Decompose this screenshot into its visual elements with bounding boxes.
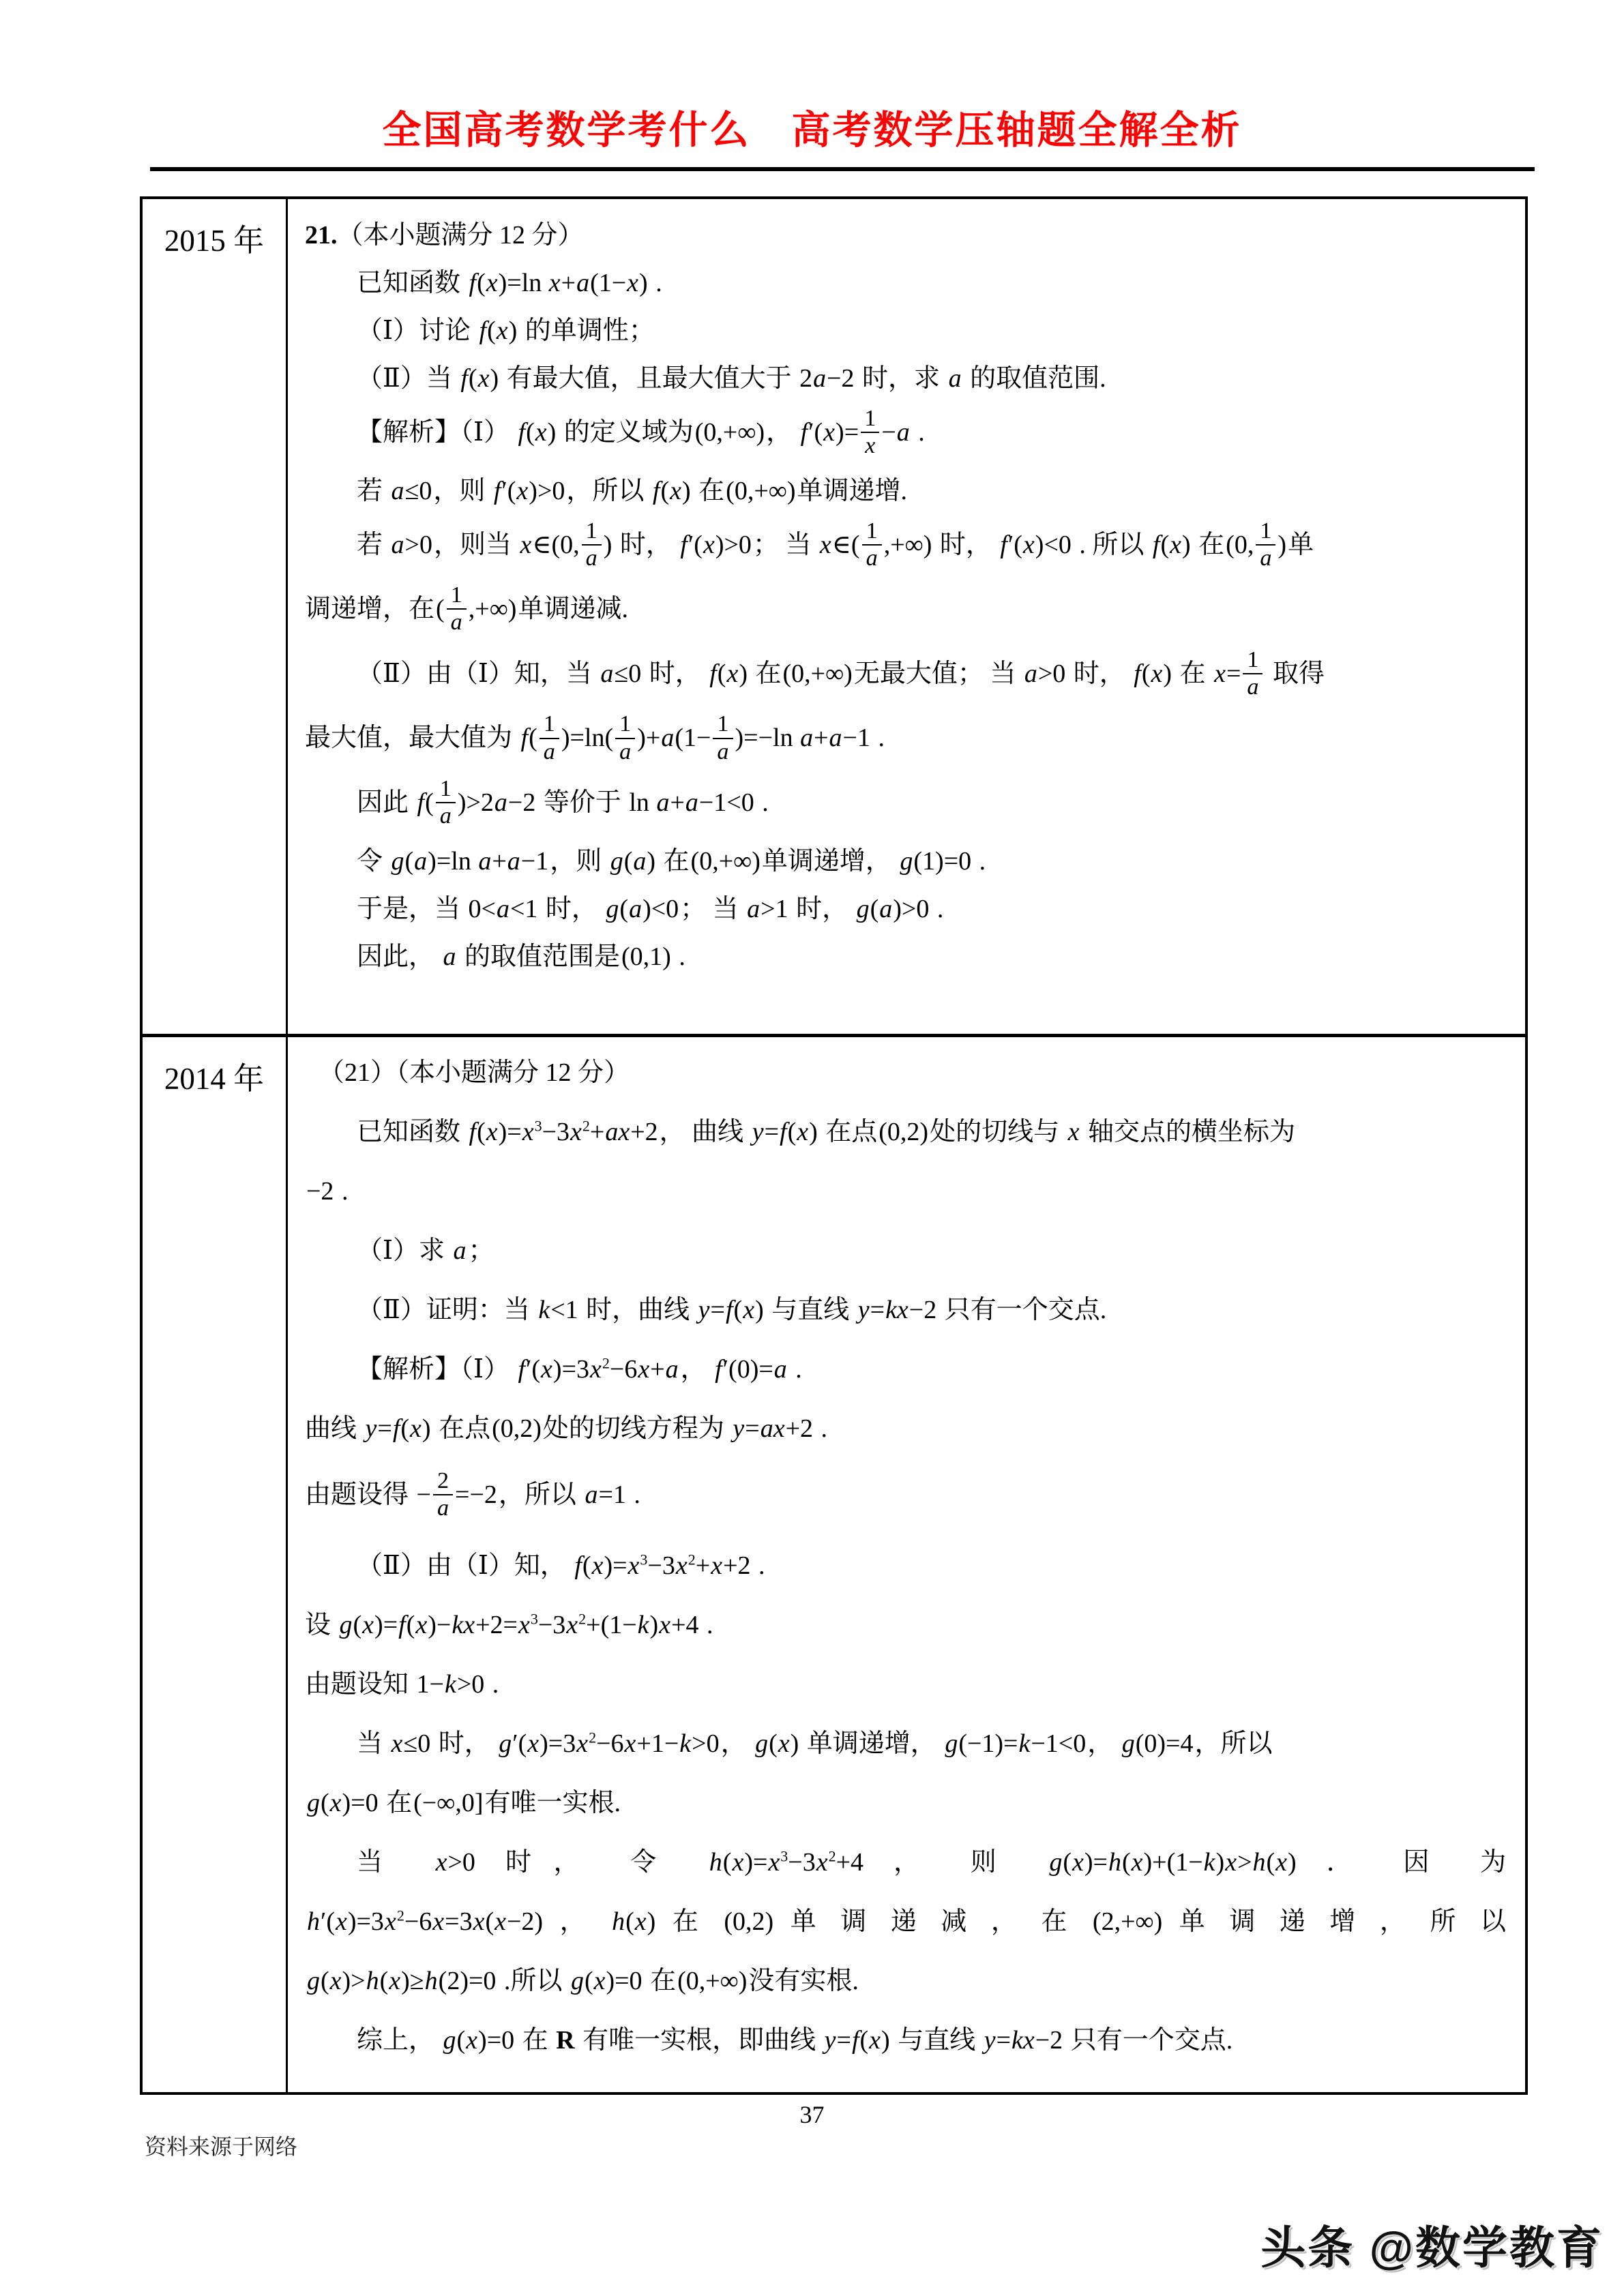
text-line: （Ⅱ）当 f(x) 有最大值，且最大值大于 2a−2 时，求 a 的取值范围. [305, 360, 1506, 397]
math-expression: x∈(1a,+∞) [818, 531, 933, 559]
math-expression: f′(x)=1x−a [799, 418, 912, 447]
math-expression: f(x) [477, 316, 519, 345]
math-expression: y=f(x) [696, 1296, 765, 1324]
math-expression: (1a,+∞) [434, 595, 518, 623]
math-expression: g(x)=0 [441, 2026, 516, 2055]
source-note: 资料来源于网络 [145, 2134, 1624, 2160]
math-expression: f(x) [516, 418, 558, 447]
text-line: （Ⅱ）由（Ⅰ）知，当 a≤0 时， f(x) 在(0,+∞)无最大值； 当 a>… [305, 649, 1506, 703]
math-expression: a [441, 942, 458, 971]
math-expression: a>0 [1022, 659, 1067, 688]
math-expression: f′(x)<0 [998, 531, 1073, 559]
math-expression: g(−1)=k−1<0 [943, 1729, 1087, 1758]
text-line: 若 a>0，则当 x∈(0,1a) 时， f′(x)>0； 当 x∈(1a,+∞… [305, 520, 1506, 574]
math-expression: a [947, 364, 964, 393]
math-expression: g(x)>h(x)≥h(2)=0 [305, 1967, 497, 1995]
fraction: 1a [1256, 518, 1275, 572]
fraction: 1a [540, 711, 559, 765]
page: 全国高考数学考什么 高考数学压轴题全解全析 2015 年21.（本小题满分 12… [0, 108, 1624, 2160]
text-line: 由题设得 −2a=−2，所以 a=1 . [305, 1470, 1506, 1524]
math-expression: y=f(x) [750, 1118, 819, 1146]
exam-table: 2015 年21.（本小题满分 12 分）已知函数 f(x)=ln x+a(1−… [140, 196, 1528, 2095]
math-expression: f(1a)>2a−2 [415, 788, 537, 817]
math-expression: (0,+∞) [781, 659, 853, 688]
fraction: 1a [582, 518, 602, 572]
page-number: 37 [0, 2100, 1624, 2130]
math-expression: g(1)=0 [898, 847, 973, 876]
year-cell: 2014 年 [143, 1037, 288, 2092]
math-expression: f(1a)=ln(1a)+a(1−1a)=−ln a+a−1 [519, 724, 872, 752]
math-expression: g(x)=h(x)+(1−k)x>h(x) [1047, 1848, 1297, 1877]
math-expression: 1−k>0 [415, 1670, 486, 1699]
text-line: −2 . [305, 1174, 1506, 1209]
math-expression: f(x) [458, 364, 500, 393]
math-expression: (0,+∞) [690, 847, 762, 876]
math-expression: g(a) [608, 847, 657, 876]
math-expression: y=kx−2 [856, 1296, 938, 1324]
math-expression: f(x)=x3−3x2+ax+2 [467, 1118, 660, 1146]
watermark: 头条 @数学教育 [1260, 2211, 1604, 2276]
math-expression: g(x) [753, 1729, 800, 1758]
text-line: g(x)=0 在(−∞,0]有唯一实根. [305, 1785, 1506, 1821]
math-expression: x [1066, 1118, 1082, 1146]
math-expression: g(a)=ln a+a−1 [389, 847, 550, 876]
text-line: （Ⅰ）求 a； [305, 1233, 1506, 1268]
math-expression: x=1a [1212, 659, 1266, 688]
text-line: 调递增，在(1a,+∞)单调递减. [305, 584, 1506, 638]
math-expression: y=kx−2 [982, 2026, 1064, 2055]
math-expression: f(x) [651, 477, 692, 505]
math-expression: (0,+∞) [694, 418, 766, 447]
fraction: 1a [615, 711, 635, 765]
fraction: 1a [862, 518, 882, 572]
content-cell: 21.（本小题满分 12 分）已知函数 f(x)=ln x+a(1−x) .（Ⅰ… [288, 199, 1525, 1034]
math-expression: x>0 [434, 1848, 477, 1877]
math-expression: a=1 [582, 1480, 627, 1509]
math-expression: a [452, 1236, 469, 1265]
math-expression: (0,2) [490, 1414, 543, 1443]
math-expression: x∈(0,1a) [518, 531, 613, 559]
fraction: 1x [861, 406, 879, 460]
math-expression: f′(0)=a [713, 1355, 789, 1384]
math-expression: f′(x)>0 [492, 477, 567, 505]
math-expression: (0,+∞) [676, 1967, 748, 1995]
text-line: h′(x)=3x2−6x=3x(x−2) ， h(x) 在 (0,2) 单 调 … [305, 1904, 1506, 1939]
math-expression: f(x) [707, 659, 749, 688]
text-line: （Ⅰ）讨论 f(x) 的单调性； [305, 312, 1506, 349]
text-line: （21）（本小题满分 12 分） [305, 1055, 1506, 1090]
math-expression: g(x)=f(x)−kx+2=x3−3x2+(1−k)x+4 [338, 1611, 700, 1639]
math-expression: k<1 [536, 1296, 579, 1324]
math-expression: g(0)=4 [1120, 1729, 1195, 1758]
text-line: 设 g(x)=f(x)−kx+2=x3−3x2+(1−k)x+4 . [305, 1607, 1506, 1643]
table-row-2014: 2014 年（21）（本小题满分 12 分）已知函数 f(x)=x3−3x2+a… [143, 1034, 1525, 2092]
math-expression: a≤0 [598, 659, 643, 688]
math-expression: a>0 [389, 531, 434, 559]
content-cell: （21）（本小题满分 12 分）已知函数 f(x)=x3−3x2+ax+2， 曲… [288, 1037, 1525, 2092]
math-expression: x≤0 [389, 1729, 432, 1758]
math-expression: f′(x)=3x2−6x+a [516, 1355, 681, 1384]
text-line: 当 x≤0 时， g′(x)=3x2−6x+1−k>0， g(x) 单调递增， … [305, 1726, 1506, 1761]
math-expression: g′(x)=3x2−6x+1−k>0 [497, 1729, 720, 1758]
math-expression: f′(x)>0 [678, 531, 753, 559]
math-expression: ln a+a−1<0 [628, 788, 755, 817]
text-line: 综上， g(x)=0 在 R 有唯一实根，即曲线 y=f(x) 与直线 y=kx… [305, 2023, 1506, 2058]
math-expression: f(x) [1151, 531, 1192, 559]
fraction: 1a [1243, 647, 1263, 701]
text-line: 【解析】（Ⅰ） f′(x)=3x2−6x+a， f′(0)=a . [305, 1352, 1506, 1387]
math-expression: g(a)<0 [604, 895, 680, 923]
text-line: 已知函数 f(x)=x3−3x2+ax+2， 曲线 y=f(x) 在点(0,2)… [305, 1114, 1506, 1150]
year-cell: 2015 年 [143, 199, 288, 1034]
math-expression: (−∞,0] [412, 1789, 484, 1817]
math-expression: a>1 [745, 895, 789, 923]
text-line: 于是，当 0<a<1 时， g(a)<0； 当 a>1 时， g(a)>0 . [305, 891, 1506, 927]
text-line: 21.（本小题满分 12 分） [305, 217, 1506, 254]
text-line: （Ⅱ）证明：当 k<1 时，曲线 y=f(x) 与直线 y=kx−2 只有一个交… [305, 1292, 1506, 1328]
fraction: 1a [436, 776, 456, 830]
page-title: 全国高考数学考什么 高考数学压轴题全解全析 [0, 108, 1624, 154]
text-line: 因此， a 的取值范围是(0,1) . [305, 938, 1506, 975]
math-expression: g(a)>0 [855, 895, 931, 923]
math-expression: y=f(x) [823, 2026, 891, 2055]
math-expression: y=ax+2 [730, 1414, 814, 1443]
math-expression: R [555, 2026, 576, 2055]
math-expression: y=f(x) [364, 1414, 432, 1443]
math-expression: (0,1a) [1224, 531, 1288, 559]
math-expression: 2a−2 [798, 364, 855, 393]
text-line: 最大值，最大值为 f(1a)=ln(1a)+a(1−1a)=−ln a+a−1 … [305, 713, 1506, 767]
math-expression: (0,2) [722, 1907, 775, 1936]
math-expression: h(x) [610, 1907, 657, 1936]
math-expression: (0,2) [877, 1118, 930, 1146]
fraction: 1a [447, 582, 467, 636]
math-expression: g(x)=0 [305, 1789, 380, 1817]
math-expression: h′(x)=3x2−6x=3x(x−2) [305, 1907, 544, 1936]
math-expression: −2a=−2 [415, 1480, 499, 1509]
math-expression: g(x)=0 [569, 1967, 644, 1995]
text-line: （Ⅱ）由（Ⅰ）知， f(x)=x3−3x2+x+2 . [305, 1548, 1506, 1583]
math-expression: f(x)=ln x+a(1−x) [467, 269, 649, 297]
text-line: g(x)>h(x)≥h(2)=0 .所以 g(x)=0 在(0,+∞)没有实根. [305, 1963, 1506, 1999]
fraction: 2a [433, 1468, 453, 1522]
table-row-2015: 2015 年21.（本小题满分 12 分）已知函数 f(x)=ln x+a(1−… [143, 199, 1525, 1034]
text-line: 令 g(a)=ln a+a−1，则 g(a) 在(0,+∞)单调递增， g(1)… [305, 843, 1506, 880]
fraction: 1a [713, 711, 733, 765]
math-expression: a≤0 [389, 477, 434, 505]
math-expression: −2 [305, 1177, 335, 1206]
text-line: 因此 f(1a)>2a−2 等价于 ln a+a−1<0 . [305, 778, 1506, 832]
text-line: 当 x>0 时， 令 h(x)=x3−3x2+4 ， 则 g(x)=h(x)+(… [305, 1845, 1506, 1880]
math-expression: (0,1) [620, 942, 673, 971]
math-expression: 0<a<1 [467, 895, 540, 923]
text-line: 若 a≤0，则 f′(x)>0，所以 f(x) 在(0,+∞)单调递增. [305, 473, 1506, 509]
math-expression: (0,+∞) [724, 477, 797, 505]
math-expression: (2,+∞) [1091, 1907, 1164, 1936]
text-line: 由题设知 1−k>0 . [305, 1667, 1506, 1702]
math-expression: f(x)=x3−3x2+x+2 [572, 1551, 752, 1580]
text-line: 已知函数 f(x)=ln x+a(1−x) . [305, 265, 1506, 301]
title-rule [150, 167, 1535, 171]
text-line: 曲线 y=f(x) 在点(0,2)处的切线方程为 y=ax+2 . [305, 1411, 1506, 1446]
math-expression: h(x)=x3−3x2+4 [707, 1848, 865, 1877]
math-expression: f(x) [1132, 659, 1173, 688]
text-line: 【解析】（Ⅰ） f(x) 的定义域为(0,+∞)， f′(x)=1x−a . [305, 408, 1506, 462]
